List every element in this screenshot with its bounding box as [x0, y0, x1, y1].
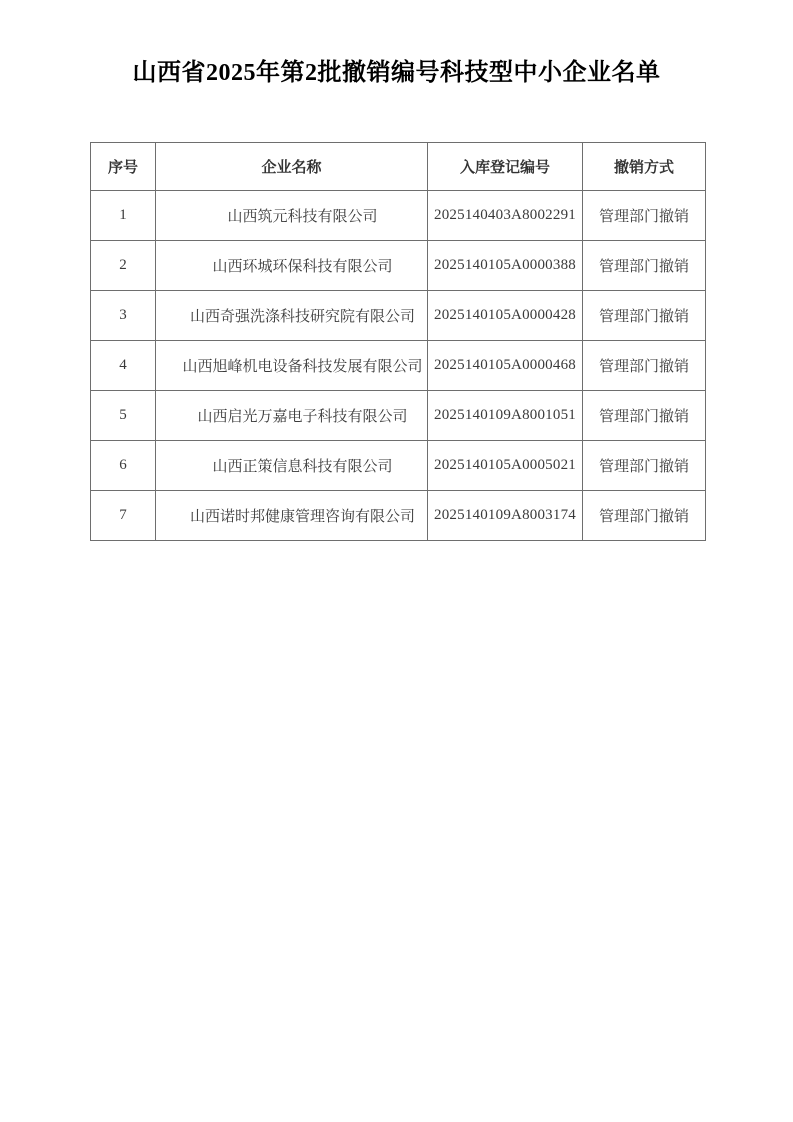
registration-number: 2025140105A0000468 [428, 341, 583, 391]
registration-number: 2025140105A0000428 [428, 291, 583, 341]
row-index: 5 [91, 391, 156, 441]
table-row: 5 山西启光万嘉电子科技有限公司 2025140109A8001051 管理部门… [91, 391, 706, 441]
company-name: 山西环城环保科技有限公司 [156, 241, 428, 291]
company-name: 山西筑元科技有限公司 [156, 191, 428, 241]
revocation-method: 管理部门撤销 [583, 291, 706, 341]
registration-number: 2025140109A8003174 [428, 491, 583, 541]
revocation-method: 管理部门撤销 [583, 241, 706, 291]
row-index: 3 [91, 291, 156, 341]
company-table: 序号 企业名称 入库登记编号 撤销方式 1 山西筑元科技有限公司 2025140… [90, 142, 706, 541]
row-index: 7 [91, 491, 156, 541]
revocation-method: 管理部门撤销 [583, 341, 706, 391]
column-header-method: 撤销方式 [583, 143, 706, 191]
page-title: 山西省2025年第2批撤销编号科技型中小企业名单 [0, 52, 793, 87]
column-header-name: 企业名称 [156, 143, 428, 191]
registration-number: 2025140105A0000388 [428, 241, 583, 291]
table-row: 1 山西筑元科技有限公司 2025140403A8002291 管理部门撤销 [91, 191, 706, 241]
table-row: 3 山西奇强洗涤科技研究院有限公司 2025140105A0000428 管理部… [91, 291, 706, 341]
table-row: 6 山西正策信息科技有限公司 2025140105A0005021 管理部门撤销 [91, 441, 706, 491]
registration-number: 2025140105A0005021 [428, 441, 583, 491]
revocation-method: 管理部门撤销 [583, 441, 706, 491]
table-row: 2 山西环城环保科技有限公司 2025140105A0000388 管理部门撤销 [91, 241, 706, 291]
company-name: 山西旭峰机电设备科技发展有限公司 [156, 341, 428, 391]
document-page: 山西省2025年第2批撤销编号科技型中小企业名单 序号 企业名称 入库登记编号 … [0, 0, 793, 1122]
column-header-no: 序号 [91, 143, 156, 191]
row-index: 1 [91, 191, 156, 241]
table-body: 1 山西筑元科技有限公司 2025140403A8002291 管理部门撤销 2… [91, 191, 706, 541]
company-name: 山西诺时邦健康管理咨询有限公司 [156, 491, 428, 541]
revocation-method: 管理部门撤销 [583, 191, 706, 241]
row-index: 4 [91, 341, 156, 391]
revocation-method: 管理部门撤销 [583, 491, 706, 541]
row-index: 2 [91, 241, 156, 291]
table-row: 4 山西旭峰机电设备科技发展有限公司 2025140105A0000468 管理… [91, 341, 706, 391]
company-name: 山西启光万嘉电子科技有限公司 [156, 391, 428, 441]
registration-number: 2025140403A8002291 [428, 191, 583, 241]
row-index: 6 [91, 441, 156, 491]
registration-number: 2025140109A8001051 [428, 391, 583, 441]
column-header-reg-no: 入库登记编号 [428, 143, 583, 191]
company-name: 山西正策信息科技有限公司 [156, 441, 428, 491]
table-row: 7 山西诺时邦健康管理咨询有限公司 2025140109A8003174 管理部… [91, 491, 706, 541]
company-name: 山西奇强洗涤科技研究院有限公司 [156, 291, 428, 341]
revocation-method: 管理部门撤销 [583, 391, 706, 441]
table-header-row: 序号 企业名称 入库登记编号 撤销方式 [91, 143, 706, 191]
